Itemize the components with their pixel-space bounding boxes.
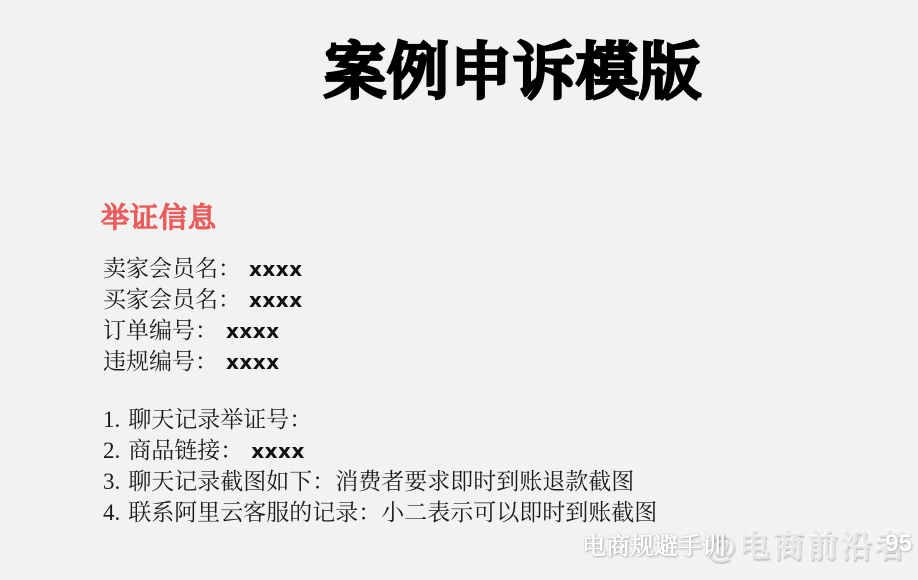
info-line-order-number: 订单编号：xxxx [103,315,657,346]
info-line-buyer: 买家会员名：xxxx [103,284,657,315]
watermark-white-text: 电商规避手训 [582,526,726,561]
item-number: 2. [103,438,120,463]
info-line-violation-number: 违规编号：xxxx [103,346,657,377]
item-number: 1. [103,407,120,432]
info-value: xxxx [226,319,280,343]
info-label: 买家会员名： [103,287,241,312]
evidence-body: 卖家会员名：xxxx 买家会员名：xxxx 订单编号：xxxx 违规编号：xxx… [103,253,657,528]
list-item-chat-screenshot: 3.聊天记录截图如下：消费者要求即时到账退款截图 [103,466,657,497]
info-value: xxxx [226,350,280,374]
info-lines: 卖家会员名：xxxx 买家会员名：xxxx 订单编号：xxxx 违规编号：xxx… [103,253,657,377]
info-value: xxxx [249,288,303,312]
item-label: 商品链接： [128,438,243,463]
appeal-template-page: 案例申诉模版 举证信息 卖家会员名：xxxx 买家会员名：xxxx 订单编号：x… [0,0,918,580]
numbered-list: 1.聊天记录举证号： 2.商品链接：xxxx 3.聊天记录截图如下：消费者要求即… [103,404,657,528]
info-line-seller: 卖家会员名：xxxx [103,253,657,284]
item-label: 联系阿里云客服的记录： [128,500,381,525]
item-value: xxxx [251,439,305,463]
item-label: 聊天记录截图如下： [128,469,335,494]
info-label: 订单编号： [103,318,218,343]
watermark-number: 95 [885,530,912,558]
list-item-product-link: 2.商品链接：xxxx [103,435,657,466]
info-label: 违规编号： [103,349,218,374]
list-item-chat-evidence-number: 1.聊天记录举证号： [103,404,657,435]
item-label: 聊天记录举证号： [128,407,312,432]
info-label: 卖家会员名： [103,256,241,281]
list-item-aliyun-service-record: 4.联系阿里云客服的记录：小二表示可以即时到账截图 [103,497,657,528]
evidence-section-heading: 举证信息 [101,196,217,236]
item-value: 小二表示可以即时到账截图 [381,500,657,525]
item-number: 4. [103,500,120,525]
watermark-emboss-text: @电商前沿者 [706,521,909,566]
page-title: 案例申诉模版 [0,22,918,111]
item-number: 3. [103,469,120,494]
info-value: xxxx [249,257,303,281]
item-value: 消费者要求即时到账退款截图 [335,469,634,494]
